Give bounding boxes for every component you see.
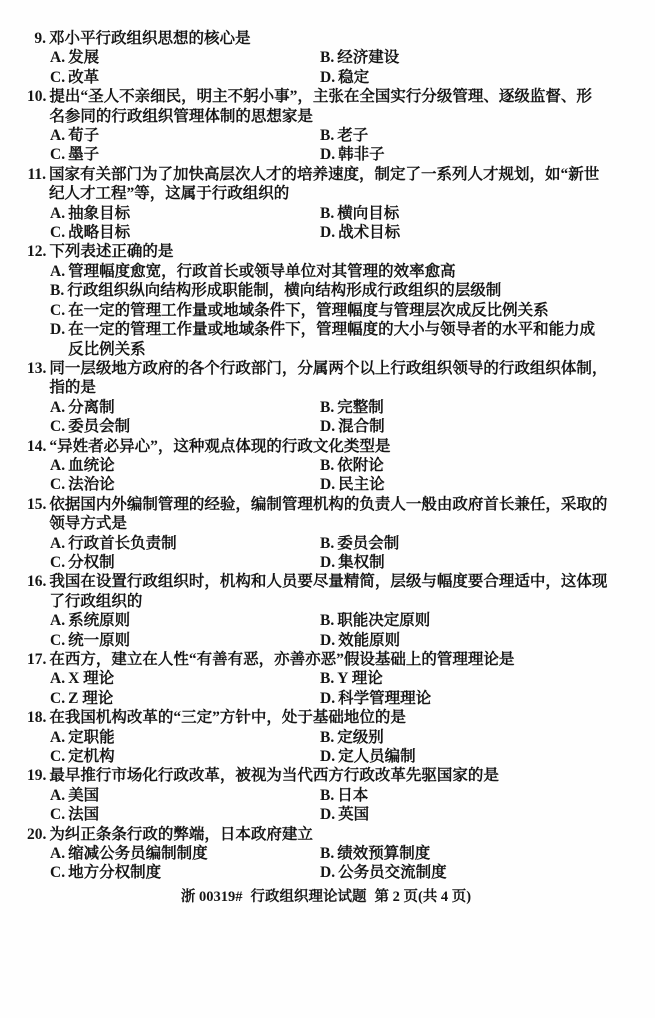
question-text-line: 依据国内外编制管理的经验，编制管理机构的负责人一般由政府首长兼任，采取的 bbox=[49, 495, 625, 514]
option-text-line: 定机构 bbox=[68, 747, 320, 766]
question-number: 16. bbox=[27, 572, 46, 591]
option-text: 委员会制 bbox=[68, 417, 320, 436]
option-text-line: 发展 bbox=[68, 48, 320, 67]
option-B: B.定级别 bbox=[320, 728, 625, 747]
option-text: 行政首长负责制 bbox=[68, 534, 320, 553]
option-text-line: 公务员交流制度 bbox=[338, 863, 625, 882]
option-list: A.管理幅度愈宽，行政首长或领导单位对其管理的效率愈高B.行政组织纵向结构形成职… bbox=[50, 262, 625, 359]
question-text: “异姓者必异心”，这种观点体现的行政文化类型是 bbox=[49, 437, 625, 456]
option-A: A.荀子 bbox=[50, 126, 320, 145]
option-text: 定人员编制 bbox=[338, 747, 625, 766]
option-label: B. bbox=[320, 534, 334, 553]
option-list: A.定职能B.定级别C.定机构D.定人员编制 bbox=[50, 728, 625, 767]
question-number: 18. bbox=[27, 708, 46, 727]
option-label: A. bbox=[50, 204, 65, 223]
option-label: C. bbox=[50, 805, 65, 824]
question-number: 15. bbox=[27, 495, 46, 514]
option-text-line: Z 理论 bbox=[68, 689, 320, 708]
option-text-line: 定人员编制 bbox=[338, 747, 625, 766]
question-text-line: 下列表述正确的是 bbox=[49, 242, 625, 261]
question-number: 19. bbox=[27, 766, 46, 785]
option-text: 荀子 bbox=[68, 126, 320, 145]
option-B: B.职能决定原则 bbox=[320, 611, 625, 630]
option-text: 定级别 bbox=[337, 728, 625, 747]
option-label: B. bbox=[320, 786, 334, 805]
question-text-line: 在我国机构改革的“三定”方针中，处于基础地位的是 bbox=[49, 708, 625, 727]
option-A: A.系统原则 bbox=[50, 611, 320, 630]
option-text-line: 稳定 bbox=[338, 68, 625, 87]
option-A: A.定职能 bbox=[50, 728, 320, 747]
option-A: A.分离制 bbox=[50, 398, 320, 417]
option-text-line: 横向目标 bbox=[337, 204, 625, 223]
question-text-line: 同一层级地方政府的各个行政部门，分属两个以上行政组织领导的行政组织体制， bbox=[49, 359, 625, 378]
option-C: C.定机构 bbox=[50, 747, 320, 766]
question-head: 18.在我国机构改革的“三定”方针中，处于基础地位的是 bbox=[27, 708, 625, 727]
option-C: C.法国 bbox=[50, 805, 320, 824]
option-text: 老子 bbox=[337, 126, 625, 145]
option-D: D.韩非子 bbox=[320, 145, 625, 164]
question-15: 15.依据国内外编制管理的经验，编制管理机构的负责人一般由政府首长兼任，采取的领… bbox=[27, 495, 625, 573]
option-label: D. bbox=[320, 145, 335, 164]
question-text-line: “异姓者必异心”，这种观点体现的行政文化类型是 bbox=[49, 437, 625, 456]
option-text: 职能决定原则 bbox=[337, 611, 625, 630]
question-text: 为纠正条条行政的弊端，日本政府建立 bbox=[49, 825, 625, 844]
option-text: 缩减公务员编制制度 bbox=[68, 844, 320, 863]
option-text-line: 依附论 bbox=[337, 456, 625, 475]
question-head: 16.我国在设置行政组织时，机构和人员要尽量精简，层级与幅度要合理适中，这体现了… bbox=[27, 572, 625, 611]
option-text-line: 行政首长负责制 bbox=[68, 534, 320, 553]
question-number: 9. bbox=[27, 29, 46, 48]
option-text: Z 理论 bbox=[68, 689, 320, 708]
option-text: 科学管理理论 bbox=[338, 689, 625, 708]
option-label: C. bbox=[50, 301, 65, 320]
option-text-line: 定级别 bbox=[337, 728, 625, 747]
option-D: D.民主论 bbox=[320, 475, 625, 494]
option-text: 效能原则 bbox=[338, 631, 625, 650]
option-text: 日本 bbox=[337, 786, 625, 805]
option-text: 在一定的管理工作量或地域条件下，管理幅度与管理层次成反比例关系 bbox=[68, 301, 625, 320]
option-text: 系统原则 bbox=[68, 611, 320, 630]
question-18: 18.在我国机构改革的“三定”方针中，处于基础地位的是A.定职能B.定级别C.定… bbox=[27, 708, 625, 766]
option-D: D.稳定 bbox=[320, 68, 625, 87]
option-text: 战术目标 bbox=[338, 223, 625, 242]
question-text-line: 名参同的行政组织管理体制的思想家是 bbox=[49, 107, 625, 126]
option-text: 集权制 bbox=[338, 553, 625, 572]
question-number: 20. bbox=[27, 825, 46, 844]
option-text: 定机构 bbox=[68, 747, 320, 766]
option-text: 在一定的管理工作量或地域条件下，管理幅度的大小与领导者的水平和能力成反比例关系 bbox=[68, 320, 625, 359]
option-C: C.委员会制 bbox=[50, 417, 320, 436]
option-text-line: 血统论 bbox=[68, 456, 320, 475]
option-text: 地方分权制度 bbox=[68, 863, 320, 882]
option-label: B. bbox=[320, 456, 334, 475]
question-text: 依据国内外编制管理的经验，编制管理机构的负责人一般由政府首长兼任，采取的领导方式… bbox=[49, 495, 625, 534]
option-text-line: 战术目标 bbox=[338, 223, 625, 242]
option-text-line: 美国 bbox=[68, 786, 320, 805]
question-text: 在我国机构改革的“三定”方针中，处于基础地位的是 bbox=[49, 708, 625, 727]
option-text: 发展 bbox=[68, 48, 320, 67]
option-text-line: 地方分权制度 bbox=[68, 863, 320, 882]
option-C: C.在一定的管理工作量或地域条件下，管理幅度与管理层次成反比例关系 bbox=[50, 301, 625, 320]
option-A: A.抽象目标 bbox=[50, 204, 320, 223]
option-text: 改革 bbox=[68, 68, 320, 87]
option-label: C. bbox=[50, 747, 65, 766]
option-label: A. bbox=[50, 534, 65, 553]
question-number: 12. bbox=[27, 242, 46, 261]
option-A: A.X 理论 bbox=[50, 669, 320, 688]
option-text: 分离制 bbox=[68, 398, 320, 417]
option-D: D.科学管理理论 bbox=[320, 689, 625, 708]
option-B: B.完整制 bbox=[320, 398, 625, 417]
option-text-line: 英国 bbox=[338, 805, 625, 824]
option-label: A. bbox=[50, 126, 65, 145]
option-label: D. bbox=[320, 689, 335, 708]
option-text-line: 混合制 bbox=[338, 417, 625, 436]
option-list: A.分离制B.完整制C.委员会制D.混合制 bbox=[50, 398, 625, 437]
option-D: D.战术目标 bbox=[320, 223, 625, 242]
option-label: D. bbox=[320, 223, 335, 242]
option-text-line: 抽象目标 bbox=[68, 204, 320, 223]
option-label: B. bbox=[320, 844, 334, 863]
question-12: 12.下列表述正确的是A.管理幅度愈宽，行政首长或领导单位对其管理的效率愈高B.… bbox=[27, 242, 625, 358]
question-head: 13.同一层级地方政府的各个行政部门，分属两个以上行政组织领导的行政组织体制，指… bbox=[27, 359, 625, 398]
option-text: 委员会制 bbox=[337, 534, 625, 553]
question-text-line: 最早推行市场化行政改革，被视为当代西方行政改革先驱国家的是 bbox=[49, 766, 625, 785]
option-text: 完整制 bbox=[337, 398, 625, 417]
footer-exam-title: 行政组织理论试题 bbox=[250, 889, 366, 905]
option-label: B. bbox=[320, 204, 334, 223]
option-label: C. bbox=[50, 475, 65, 494]
question-head: 10.提出“圣人不亲细民，明主不躬小事”，主张在全国实行分级管理、逐级监督、形名… bbox=[27, 87, 625, 126]
option-text-line: 改革 bbox=[68, 68, 320, 87]
option-list: A.缩减公务员编制制度B.绩效预算制度C.地方分权制度D.公务员交流制度 bbox=[50, 844, 625, 883]
option-text: 混合制 bbox=[338, 417, 625, 436]
question-text: 国家有关部门为了加快高层次人才的培养速度，制定了一系列人才规划，如“新世纪人才工… bbox=[49, 165, 625, 204]
option-text: 管理幅度愈宽，行政首长或领导单位对其管理的效率愈高 bbox=[68, 262, 625, 281]
option-text-line: 绩效预算制度 bbox=[337, 844, 625, 863]
question-text-line: 指的是 bbox=[49, 378, 625, 397]
option-B: B.行政组织纵向结构形成职能制，横向结构形成行政组织的层级制 bbox=[50, 281, 625, 300]
option-label: D. bbox=[320, 475, 335, 494]
option-text-line: X 理论 bbox=[68, 669, 320, 688]
option-label: A. bbox=[50, 669, 65, 688]
option-B: B.Y 理论 bbox=[320, 669, 625, 688]
option-B: B.老子 bbox=[320, 126, 625, 145]
option-A: A.发展 bbox=[50, 48, 320, 67]
option-text: 英国 bbox=[338, 805, 625, 824]
option-text-line: 缩减公务员编制制度 bbox=[68, 844, 320, 863]
question-19: 19.最早推行市场化行政改革，被视为当代西方行政改革先驱国家的是A.美国B.日本… bbox=[27, 766, 625, 824]
option-text: 民主论 bbox=[338, 475, 625, 494]
option-label: A. bbox=[50, 456, 65, 475]
option-text: 血统论 bbox=[68, 456, 320, 475]
option-C: C.分权制 bbox=[50, 553, 320, 572]
option-label: C. bbox=[50, 631, 65, 650]
question-text: 在西方，建立在人性“有善有恶，亦善亦恶”假设基础上的管理理论是 bbox=[49, 650, 625, 669]
option-text: 公务员交流制度 bbox=[338, 863, 625, 882]
option-text-line: 经济建设 bbox=[337, 48, 625, 67]
option-label: C. bbox=[50, 223, 65, 242]
option-A: A.美国 bbox=[50, 786, 320, 805]
option-label: B. bbox=[50, 281, 64, 300]
question-text-line: 纪人才工程”等，这属于行政组织的 bbox=[49, 184, 625, 203]
option-text: 绩效预算制度 bbox=[337, 844, 625, 863]
option-text: 行政组织纵向结构形成职能制，横向结构形成行政组织的层级制 bbox=[67, 281, 625, 300]
option-label: C. bbox=[50, 863, 65, 882]
option-label: D. bbox=[320, 863, 335, 882]
question-text-line: 领导方式是 bbox=[49, 514, 625, 533]
exam-page: 9.邓小平行政组织思想的核心是A.发展B.经济建设C.改革D.稳定10.提出“圣… bbox=[0, 0, 655, 1018]
option-text-line: 日本 bbox=[337, 786, 625, 805]
option-text: 稳定 bbox=[338, 68, 625, 87]
option-text-line: 系统原则 bbox=[68, 611, 320, 630]
option-text: 分权制 bbox=[68, 553, 320, 572]
option-label: A. bbox=[50, 48, 65, 67]
page-footer: 浙 00319#行政组织理论试题第 2 页(共 4 页) bbox=[27, 888, 625, 907]
option-A: A.血统论 bbox=[50, 456, 320, 475]
option-label: A. bbox=[50, 728, 65, 747]
option-D: D.英国 bbox=[320, 805, 625, 824]
option-B: B.日本 bbox=[320, 786, 625, 805]
question-text-line: 了行政组织的 bbox=[49, 592, 625, 611]
option-label: C. bbox=[50, 417, 65, 436]
question-text: 我国在设置行政组织时，机构和人员要尽量精简，层级与幅度要合理适中，这体现了行政组… bbox=[49, 572, 625, 611]
option-B: B.绩效预算制度 bbox=[320, 844, 625, 863]
option-D: D.在一定的管理工作量或地域条件下，管理幅度的大小与领导者的水平和能力成反比例关… bbox=[50, 320, 625, 359]
option-text: 统一原则 bbox=[68, 631, 320, 650]
option-D: D.公务员交流制度 bbox=[320, 863, 625, 882]
option-C: C.改革 bbox=[50, 68, 320, 87]
question-list: 9.邓小平行政组织思想的核心是A.发展B.经济建设C.改革D.稳定10.提出“圣… bbox=[27, 29, 625, 883]
option-text: 法治论 bbox=[68, 475, 320, 494]
option-text: 墨子 bbox=[68, 145, 320, 164]
option-text-line: 集权制 bbox=[338, 553, 625, 572]
option-D: D.混合制 bbox=[320, 417, 625, 436]
question-text-line: 我国在设置行政组织时，机构和人员要尽量精简，层级与幅度要合理适中，这体现 bbox=[49, 572, 625, 591]
option-text: 战略目标 bbox=[68, 223, 320, 242]
option-label: C. bbox=[50, 68, 65, 87]
option-text-line: 职能决定原则 bbox=[337, 611, 625, 630]
option-text-line: 民主论 bbox=[338, 475, 625, 494]
option-label: B. bbox=[320, 611, 334, 630]
option-text: 美国 bbox=[68, 786, 320, 805]
option-text-line: 分权制 bbox=[68, 553, 320, 572]
option-text: 依附论 bbox=[337, 456, 625, 475]
option-B: B.依附论 bbox=[320, 456, 625, 475]
option-text-line: 定职能 bbox=[68, 728, 320, 747]
question-text-line: 在西方，建立在人性“有善有恶，亦善亦恶”假设基础上的管理理论是 bbox=[49, 650, 625, 669]
option-label: B. bbox=[320, 48, 334, 67]
option-text-line: Y 理论 bbox=[337, 669, 625, 688]
question-14: 14.“异姓者必异心”，这种观点体现的行政文化类型是A.血统论B.依附论C.法治… bbox=[27, 437, 625, 495]
question-head: 14.“异姓者必异心”，这种观点体现的行政文化类型是 bbox=[27, 437, 625, 456]
option-list: A.系统原则B.职能决定原则C.统一原则D.效能原则 bbox=[50, 611, 625, 650]
option-label: D. bbox=[320, 747, 335, 766]
option-label: A. bbox=[50, 398, 65, 417]
option-text-line: 老子 bbox=[337, 126, 625, 145]
question-text-line: 提出“圣人不亲细民，明主不躬小事”，主张在全国实行分级管理、逐级监督、形 bbox=[49, 87, 625, 106]
option-text-line: 法国 bbox=[68, 805, 320, 824]
option-text: 定职能 bbox=[68, 728, 320, 747]
question-head: 12.下列表述正确的是 bbox=[27, 242, 625, 261]
option-C: C.统一原则 bbox=[50, 631, 320, 650]
option-text-line: 韩非子 bbox=[338, 145, 625, 164]
question-text-line: 为纠正条条行政的弊端，日本政府建立 bbox=[49, 825, 625, 844]
option-label: B. bbox=[320, 398, 334, 417]
question-head: 9.邓小平行政组织思想的核心是 bbox=[27, 29, 625, 48]
question-number: 14. bbox=[27, 437, 46, 456]
option-list: A.发展B.经济建设C.改革D.稳定 bbox=[50, 48, 625, 87]
question-number: 10. bbox=[27, 87, 46, 106]
question-head: 19.最早推行市场化行政改革，被视为当代西方行政改革先驱国家的是 bbox=[27, 766, 625, 785]
question-text: 下列表述正确的是 bbox=[49, 242, 625, 261]
question-head: 17.在西方，建立在人性“有善有恶，亦善亦恶”假设基础上的管理理论是 bbox=[27, 650, 625, 669]
option-B: B.委员会制 bbox=[320, 534, 625, 553]
option-text-line: 战略目标 bbox=[68, 223, 320, 242]
option-text-line: 效能原则 bbox=[338, 631, 625, 650]
option-C: C.法治论 bbox=[50, 475, 320, 494]
question-head: 20.为纠正条条行政的弊端，日本政府建立 bbox=[27, 825, 625, 844]
option-C: C.Z 理论 bbox=[50, 689, 320, 708]
option-text: 法国 bbox=[68, 805, 320, 824]
option-list: A.血统论B.依附论C.法治论D.民主论 bbox=[50, 456, 625, 495]
option-text: 抽象目标 bbox=[68, 204, 320, 223]
footer-exam-code: 浙 00319# bbox=[181, 889, 243, 905]
option-text-line: 行政组织纵向结构形成职能制，横向结构形成行政组织的层级制 bbox=[67, 281, 625, 300]
option-text-line: 荀子 bbox=[68, 126, 320, 145]
option-text-line: 统一原则 bbox=[68, 631, 320, 650]
question-text: 最早推行市场化行政改革，被视为当代西方行政改革先驱国家的是 bbox=[49, 766, 625, 785]
option-label: D. bbox=[320, 631, 335, 650]
option-list: A.抽象目标B.横向目标C.战略目标D.战术目标 bbox=[50, 204, 625, 243]
option-D: D.效能原则 bbox=[320, 631, 625, 650]
option-label: C. bbox=[50, 553, 65, 572]
question-16: 16.我国在设置行政组织时，机构和人员要尽量精简，层级与幅度要合理适中，这体现了… bbox=[27, 572, 625, 650]
question-13: 13.同一层级地方政府的各个行政部门，分属两个以上行政组织领导的行政组织体制，指… bbox=[27, 359, 625, 437]
option-text: Y 理论 bbox=[337, 669, 625, 688]
question-text: 提出“圣人不亲细民，明主不躬小事”，主张在全国实行分级管理、逐级监督、形名参同的… bbox=[49, 87, 625, 126]
option-text-line: 科学管理理论 bbox=[338, 689, 625, 708]
question-number: 11. bbox=[27, 165, 46, 184]
option-text-line: 法治论 bbox=[68, 475, 320, 494]
question-head: 11.国家有关部门为了加快高层次人才的培养速度，制定了一系列人才规划，如“新世纪… bbox=[27, 165, 625, 204]
option-A: A.管理幅度愈宽，行政首长或领导单位对其管理的效率愈高 bbox=[50, 262, 625, 281]
option-text-line: 委员会制 bbox=[68, 417, 320, 436]
option-label: B. bbox=[320, 728, 334, 747]
question-11: 11.国家有关部门为了加快高层次人才的培养速度，制定了一系列人才规划，如“新世纪… bbox=[27, 165, 625, 243]
option-text-line: 分离制 bbox=[68, 398, 320, 417]
option-text-line: 墨子 bbox=[68, 145, 320, 164]
option-label: D. bbox=[320, 553, 335, 572]
option-text-line: 完整制 bbox=[337, 398, 625, 417]
option-C: C.地方分权制度 bbox=[50, 863, 320, 882]
option-C: C.墨子 bbox=[50, 145, 320, 164]
question-text: 邓小平行政组织思想的核心是 bbox=[49, 29, 625, 48]
question-9: 9.邓小平行政组织思想的核心是A.发展B.经济建设C.改革D.稳定 bbox=[27, 29, 625, 87]
question-text-line: 邓小平行政组织思想的核心是 bbox=[49, 29, 625, 48]
option-list: A.荀子B.老子C.墨子D.韩非子 bbox=[50, 126, 625, 165]
option-text: X 理论 bbox=[68, 669, 320, 688]
option-A: A.行政首长负责制 bbox=[50, 534, 320, 553]
option-B: B.横向目标 bbox=[320, 204, 625, 223]
question-20: 20.为纠正条条行政的弊端，日本政府建立A.缩减公务员编制制度B.绩效预算制度C… bbox=[27, 825, 625, 883]
option-D: D.定人员编制 bbox=[320, 747, 625, 766]
option-label: C. bbox=[50, 689, 65, 708]
option-label: D. bbox=[320, 68, 335, 87]
question-head: 15.依据国内外编制管理的经验，编制管理机构的负责人一般由政府首长兼任，采取的领… bbox=[27, 495, 625, 534]
option-text-line: 在一定的管理工作量或地域条件下，管理幅度与管理层次成反比例关系 bbox=[68, 301, 625, 320]
footer-page-indicator: 第 2 页(共 4 页) bbox=[374, 889, 471, 905]
question-number: 17. bbox=[27, 650, 46, 669]
option-label: C. bbox=[50, 145, 65, 164]
option-text-line: 委员会制 bbox=[337, 534, 625, 553]
option-text-line: 在一定的管理工作量或地域条件下，管理幅度的大小与领导者的水平和能力成 bbox=[68, 320, 625, 339]
option-label: B. bbox=[320, 126, 334, 145]
option-label: D. bbox=[320, 805, 335, 824]
option-label: B. bbox=[320, 669, 334, 688]
option-list: A.美国B.日本C.法国D.英国 bbox=[50, 786, 625, 825]
question-text: 同一层级地方政府的各个行政部门，分属两个以上行政组织领导的行政组织体制，指的是 bbox=[49, 359, 625, 398]
option-text: 横向目标 bbox=[337, 204, 625, 223]
question-17: 17.在西方，建立在人性“有善有恶，亦善亦恶”假设基础上的管理理论是A.X 理论… bbox=[27, 650, 625, 708]
option-list: A.行政首长负责制B.委员会制C.分权制D.集权制 bbox=[50, 534, 625, 573]
option-B: B.经济建设 bbox=[320, 48, 625, 67]
option-text-line: 反比例关系 bbox=[68, 340, 625, 359]
option-C: C.战略目标 bbox=[50, 223, 320, 242]
question-text-line: 国家有关部门为了加快高层次人才的培养速度，制定了一系列人才规划，如“新世 bbox=[49, 165, 625, 184]
option-text: 经济建设 bbox=[337, 48, 625, 67]
option-label: A. bbox=[50, 262, 65, 281]
question-10: 10.提出“圣人不亲细民，明主不躬小事”，主张在全国实行分级管理、逐级监督、形名… bbox=[27, 87, 625, 165]
option-label: D. bbox=[320, 417, 335, 436]
option-label: A. bbox=[50, 611, 65, 630]
option-text-line: 管理幅度愈宽，行政首长或领导单位对其管理的效率愈高 bbox=[68, 262, 625, 281]
option-label: A. bbox=[50, 844, 65, 863]
option-list: A.X 理论B.Y 理论C.Z 理论D.科学管理理论 bbox=[50, 669, 625, 708]
option-A: A.缩减公务员编制制度 bbox=[50, 844, 320, 863]
option-text: 韩非子 bbox=[338, 145, 625, 164]
option-label: A. bbox=[50, 786, 65, 805]
option-label: D. bbox=[50, 320, 65, 339]
question-number: 13. bbox=[27, 359, 46, 378]
option-D: D.集权制 bbox=[320, 553, 625, 572]
